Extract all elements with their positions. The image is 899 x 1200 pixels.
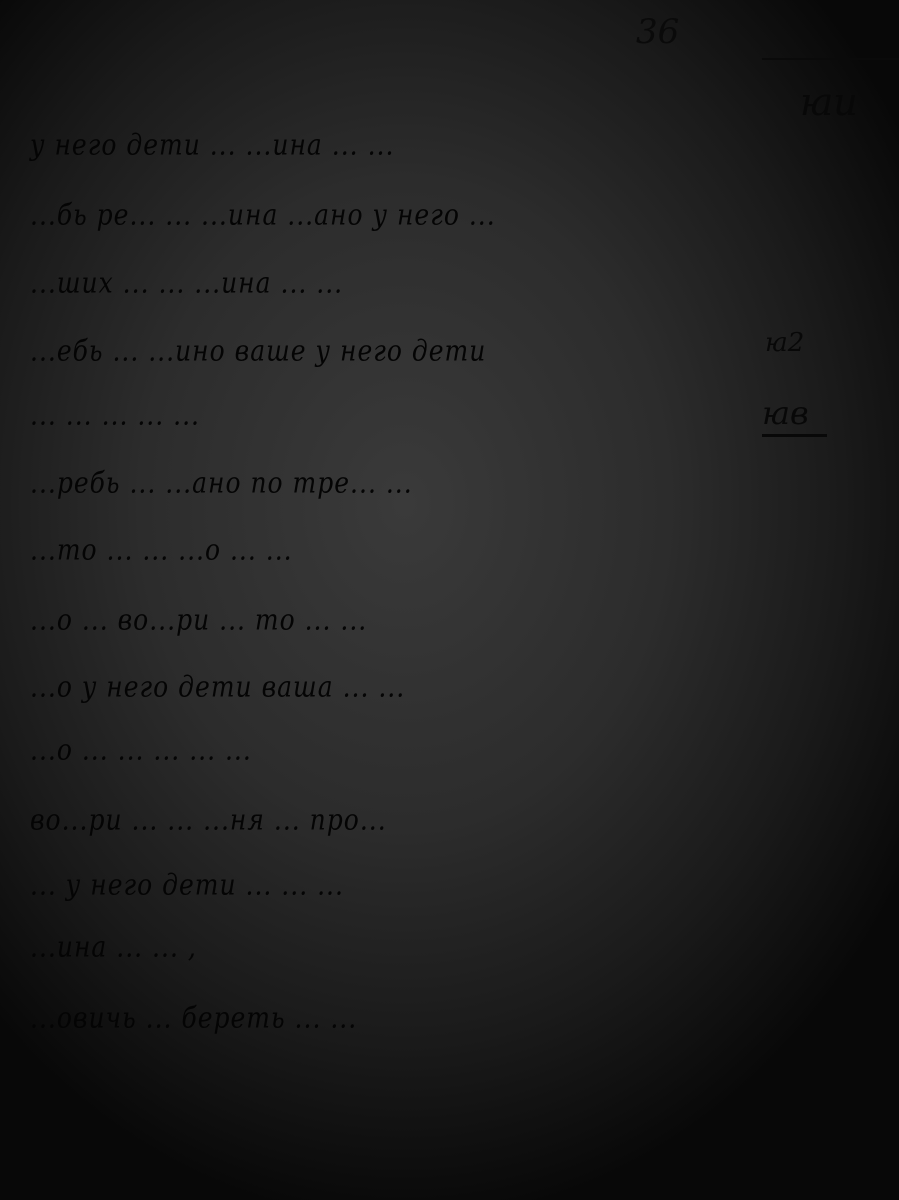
text-line-9: ...о у него дети ваша ... ... [30, 670, 405, 703]
margin-numeral-2: ꙗв [762, 394, 827, 437]
text-line-6: ...ребь ... ...ано по тре... ... [30, 466, 413, 499]
text-line-10: ...о ... ... ... ... ... [30, 733, 252, 766]
text-line-2: ...бь ре... ... ...ина ...ано у него ... [30, 198, 496, 231]
text-line-7: ...то ... ... ...о ... ... [30, 533, 293, 566]
text-line-5: ... ... ... ... ... [30, 398, 200, 431]
text-line-3: ...ших ... ... ...ина ... ... [30, 266, 343, 299]
margin-rule [762, 58, 899, 60]
text-line-13: ...ина ... ... , [30, 930, 197, 963]
text-line-8: ...о ... во...ри ... то ... ... [30, 603, 367, 636]
manuscript-page: 36 ꙗи ꙗ2 ꙗв у него дети ... ...ина ... .… [0, 0, 899, 1200]
text-line-1: у него дети ... ...ина ... ... [30, 128, 394, 161]
text-line-11: во...ри ... ... ...ня ... про... [30, 803, 387, 836]
text-line-12: ... у него дети ... ... ... [30, 868, 344, 901]
text-line-4: ...ебь ... ...ино ваше у него дети [30, 334, 486, 367]
folio-number: 36 [636, 12, 679, 52]
margin-numeral-1: ꙗ2 [765, 328, 804, 358]
margin-numeral-top: ꙗи [800, 80, 858, 124]
text-line-14: ...овичь ... береть ... ... [30, 1001, 357, 1034]
